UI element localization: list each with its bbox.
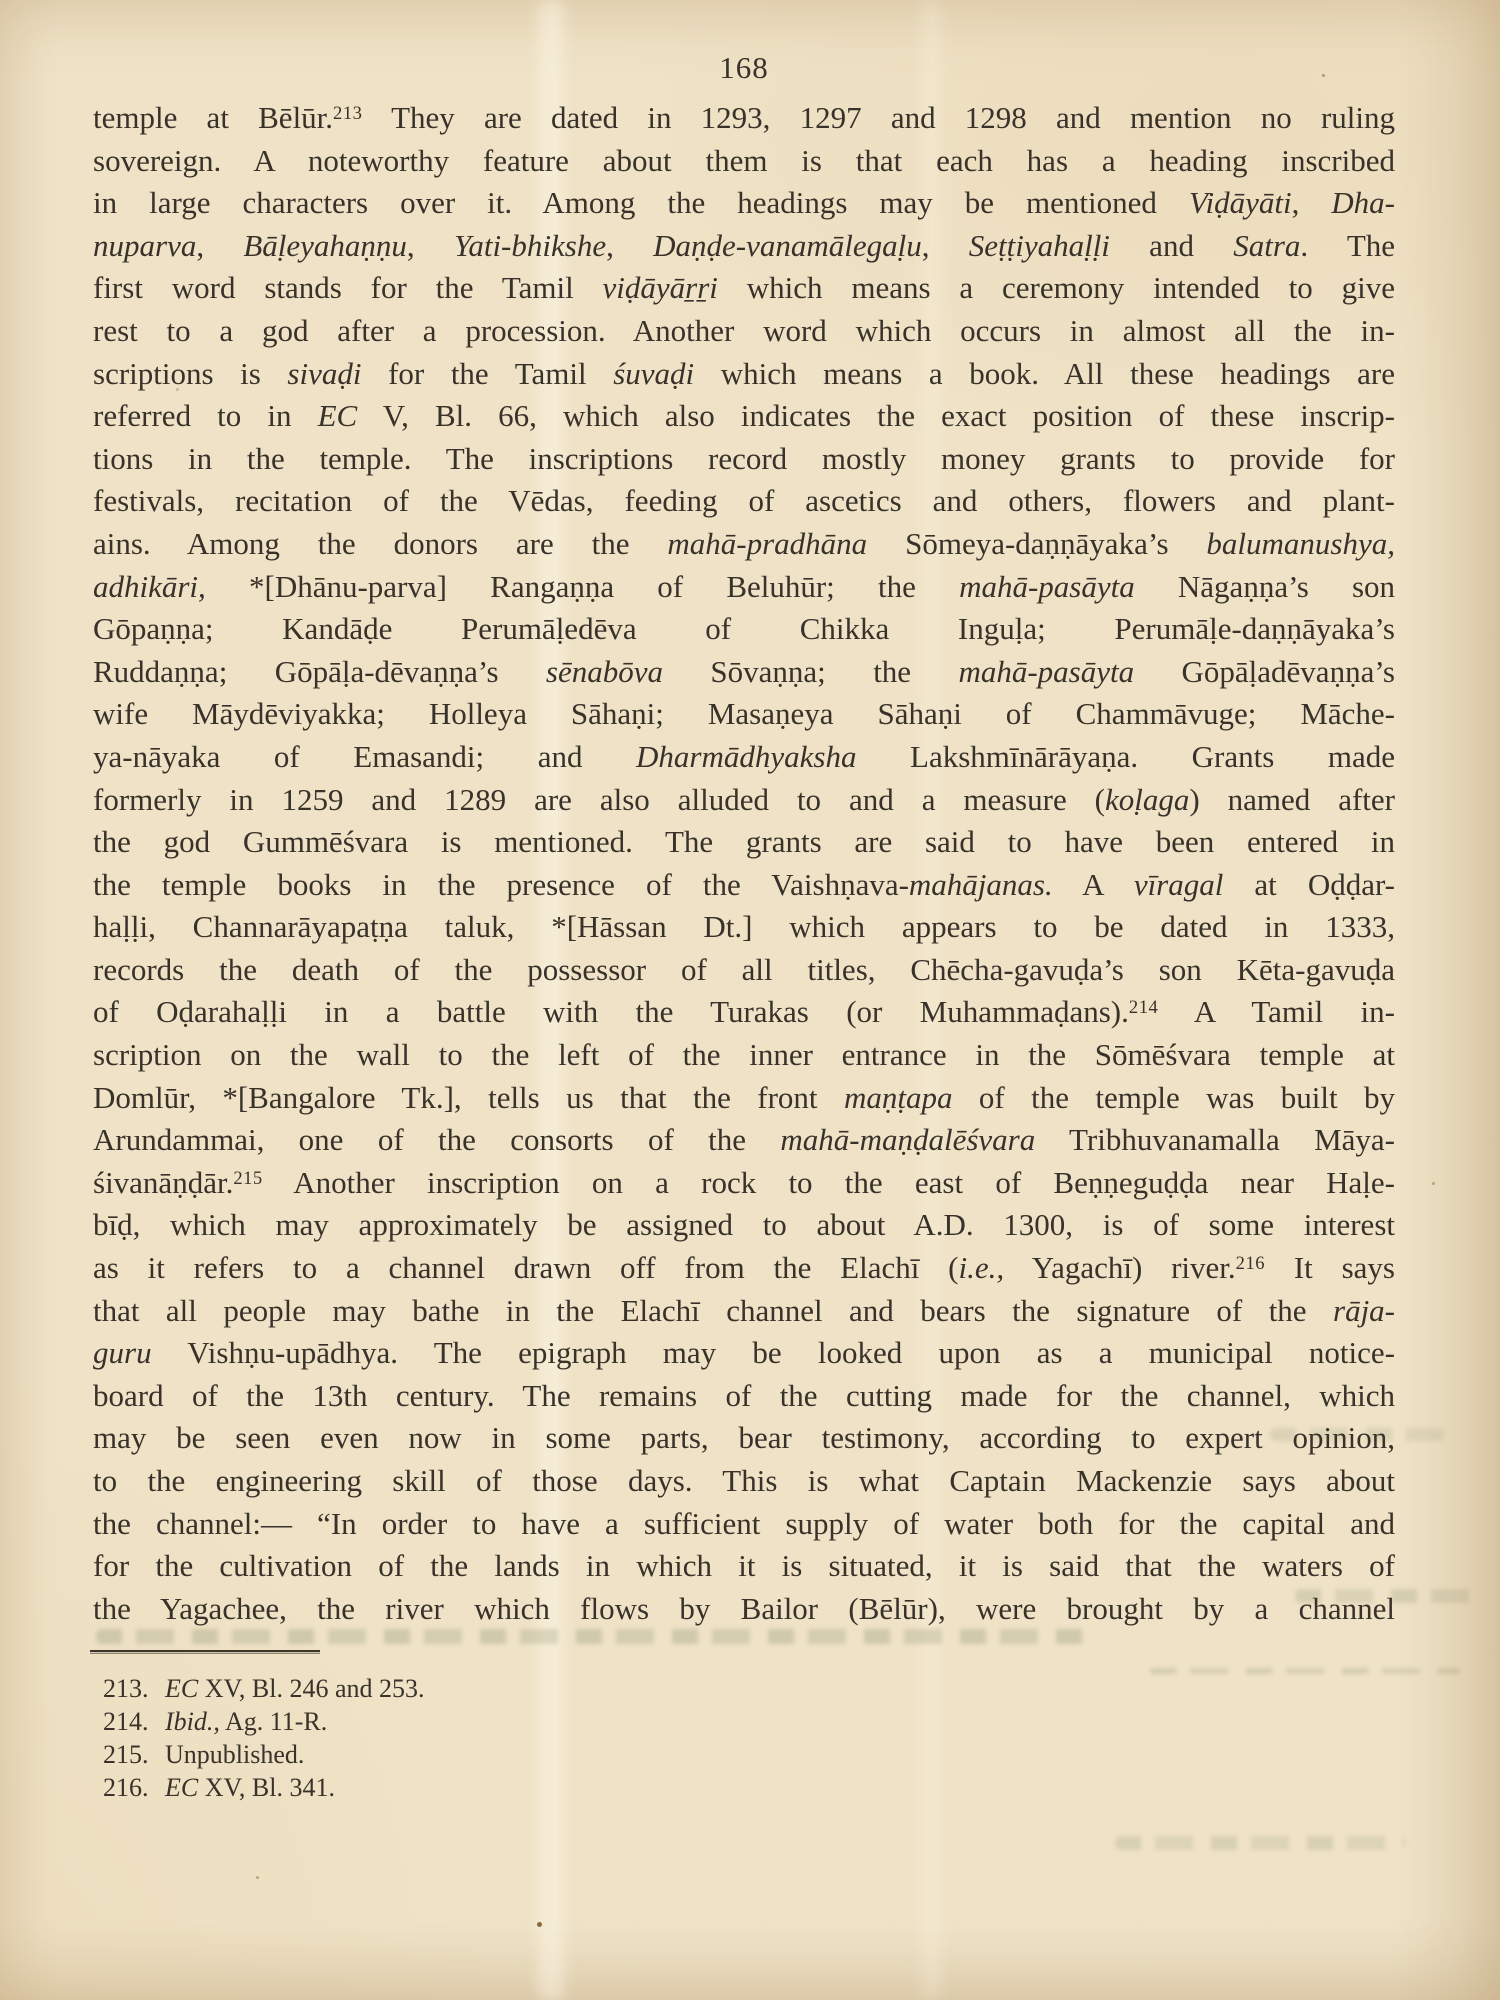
body-line: wife Māydēviyakka; Holleya Sāhaṇi; Masaṇ… — [93, 693, 1395, 736]
body-line: as it refers to a channel drawn off from… — [93, 1247, 1395, 1290]
body-line: referred to in EC V, Bl. 66, which also … — [93, 395, 1395, 438]
footnote-text: Ibid., Ag. 11-R. — [165, 1705, 327, 1738]
page-number: 168 — [93, 50, 1395, 86]
body-line: adhikāri, *[Dhānu-parva] Rangaṇṇa of Bel… — [93, 566, 1395, 609]
body-line: board of the 13th century. The remains o… — [93, 1375, 1395, 1418]
body-line: temple at Bēlūr.213 They are dated in 12… — [93, 97, 1395, 140]
paper-speck — [1432, 1182, 1435, 1185]
footnote-number: 215. — [103, 1738, 157, 1771]
body-line: that all people may bathe in the Elachī … — [93, 1290, 1395, 1333]
body-line: tions in the temple. The inscriptions re… — [93, 438, 1395, 481]
body-line: first word stands for the Tamil viḍāyāṟṟ… — [93, 267, 1395, 310]
body-line: haḷḷi, Channarāyapaṭṇa taluk, *[Hāssan D… — [93, 906, 1395, 949]
body-line: sovereign. A noteworthy feature about th… — [93, 140, 1395, 183]
book-page-scan: 168 temple at Bēlūr.213 They are dated i… — [0, 0, 1500, 2000]
body-line: of Oḍarahaḷḷi in a battle with the Turak… — [93, 991, 1395, 1034]
footnote-text: Unpublished. — [165, 1738, 304, 1771]
footnote-row: 214.Ibid., Ag. 11-R. — [103, 1705, 1395, 1738]
body-line: nuparva, Bāḷeyahaṇṇu, Yati-bhikshe, Daṇḍ… — [93, 225, 1395, 268]
body-line: guru Vishṇu-upādhya. The epigraph may be… — [93, 1332, 1395, 1375]
body-line: may be seen even now in some parts, bear… — [93, 1417, 1395, 1460]
body-line: ains. Among the donors are the mahā-prad… — [93, 523, 1395, 566]
showthrough-text-artifact — [1115, 1836, 1405, 1850]
footnote-row: 215.Unpublished. — [103, 1738, 1395, 1771]
footnotes: 213.EC XV, Bl. 246 and 253.214.Ibid., Ag… — [103, 1672, 1395, 1804]
paper-speck — [256, 1876, 259, 1879]
body-line: Ruddaṇṇa; Gōpāḷa-dēvaṇṇa’s sēnabōva Sōva… — [93, 651, 1395, 694]
body-line: scriptions is sivaḍi for the Tamil śuvaḍ… — [93, 353, 1395, 396]
footnote-text: EC XV, Bl. 246 and 253. — [165, 1672, 425, 1705]
footnote-number: 213. — [103, 1672, 157, 1705]
footnote-row: 216.EC XV, Bl. 341. — [103, 1771, 1395, 1804]
body-line: the Yagachee, the river which flows by B… — [93, 1588, 1395, 1631]
footnote-number: 216. — [103, 1771, 157, 1804]
footnote-number: 214. — [103, 1705, 157, 1738]
paper-speck — [537, 1922, 542, 1927]
body-line: ya-nāyaka of Emasandi; and Dharmādhyaksh… — [93, 736, 1395, 779]
body-line: to the engineering skill of those days. … — [93, 1460, 1395, 1503]
body-line: for the cultivation of the lands in whic… — [93, 1545, 1395, 1588]
body-line: Arundammai, one of the consorts of the m… — [93, 1119, 1395, 1162]
body-line: the channel:— “In order to have a suffic… — [93, 1503, 1395, 1546]
footnote-row: 213.EC XV, Bl. 246 and 253. — [103, 1672, 1395, 1705]
body-line: the temple books in the presence of the … — [93, 864, 1395, 907]
body-line: formerly in 1259 and 1289 are also allud… — [93, 779, 1395, 822]
body-line: in large characters over it. Among the h… — [93, 182, 1395, 225]
body-line: records the death of the possessor of al… — [93, 949, 1395, 992]
body-line: Gōpaṇṇa; Kandāḍe Perumāḷedēva of Chikka … — [93, 608, 1395, 651]
footnote-separator-rule — [90, 1650, 320, 1655]
body-line: bīḍ, which may approximately be assigned… — [93, 1204, 1395, 1247]
showthrough-text-artifact — [96, 1629, 1096, 1644]
footnote-text: EC XV, Bl. 341. — [165, 1771, 335, 1804]
body-line: the god Gummēśvara is mentioned. The gra… — [93, 821, 1395, 864]
body-line: festivals, recitation of the Vēdas, feed… — [93, 480, 1395, 523]
body-line: rest to a god after a procession. Anothe… — [93, 310, 1395, 353]
body-line: śivanāṇḍār.215 Another inscription on a … — [93, 1162, 1395, 1205]
body-line: Domlūr, *[Bangalore Tk.], tells us that … — [93, 1077, 1395, 1120]
body-text: temple at Bēlūr.213 They are dated in 12… — [93, 97, 1395, 1630]
body-line: scription on the wall to the left of the… — [93, 1034, 1395, 1077]
